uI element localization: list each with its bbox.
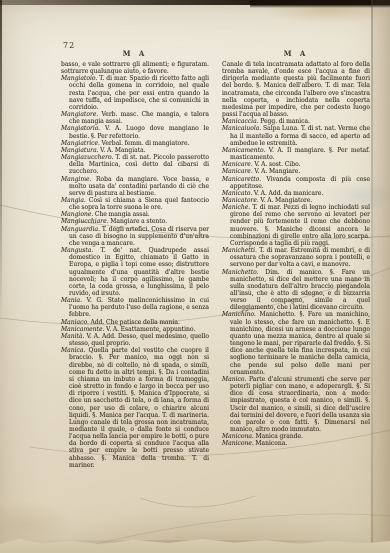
dictionary-entry: Mangione. Che mangia assai.	[61, 211, 209, 218]
dictionary-entry: Manicaretto. Vivanda composta di più cos…	[222, 176, 370, 190]
entry-headword: Maniche.	[222, 204, 252, 211]
dictionary-entry: Maniaco. Add. Che patisce della mania.	[61, 319, 209, 326]
dictionary-entries-right: Canale di tela incatramata adattato al f…	[222, 61, 370, 447]
dictionary-entry: Manicamente. V. A. Esattamente, appuntin…	[61, 326, 209, 333]
dictionary-entry: Manica. Quella parte del vestito che cuo…	[61, 347, 209, 469]
dictionary-entry: Mangiatoio. T. di mar. Spazio di ricetto…	[61, 75, 209, 111]
entry-headword: Manicare.	[222, 161, 254, 168]
dictionary-entry: Manicona. Manica grande.	[222, 433, 370, 440]
text-columns: M A basso, e vale sottrarre gli alimenti…	[61, 49, 370, 469]
running-head-right: M A	[222, 49, 370, 58]
dictionary-entry: Mangia. Così si chiama a Siena quel fant…	[61, 197, 209, 211]
entry-headword: Manguardia.	[61, 226, 102, 233]
entry-headword: Manica.	[61, 347, 89, 354]
entry-headword: Manicaccia.	[222, 118, 260, 125]
entry-headword: Manicaiuola.	[222, 125, 263, 132]
dictionary-entry: Manicamento. V. A. Il mangiare. §. Per m…	[222, 147, 370, 161]
dictionary-entry: Manicato. V. A. Add. da manicare.	[222, 190, 370, 197]
dictionary-entry: Manicone. Manicona.	[222, 440, 370, 447]
paper-sheet: 72 M A basso, e vale sottrarre gli alime…	[0, 0, 390, 553]
entry-headword: Manità.	[61, 333, 86, 340]
dictionary-entry: Mangusta. T. de' nat. Quadrupede assai d…	[61, 247, 209, 297]
entry-headword: Mangusta.	[61, 247, 101, 254]
dictionary-entry: Manichetti. T. di mar. Estremità di memb…	[222, 247, 370, 268]
dictionary-entry: Manichino. Manichetto. §. Fare un manich…	[222, 311, 370, 375]
dictionary-entry: Mangiatore. Verb. masc. Che mangia, e ta…	[61, 111, 209, 125]
entry-headword: Manichetto.	[222, 269, 265, 276]
dictionary-entries-left: basso, e vale sottrarre gli alimenti; e …	[61, 61, 209, 469]
dictionary-entry: Mangime. Roba da mangiare. Voce bassa, e…	[61, 176, 209, 197]
dictionary-entry: Mangiatura. V. A. Mangiata.	[61, 147, 209, 154]
dictionary-entry: Manicare. V. A. Mangiare.	[222, 168, 370, 175]
entry-headword: Mania.	[61, 297, 87, 304]
dictionary-entry: Manicare. V. A. sost. Cibo.	[222, 161, 370, 168]
dictionary-entry: Mangiazucchero. T. di st. nat. Piccolo p…	[61, 154, 209, 175]
entry-headword: Manicona.	[222, 433, 255, 440]
dictionary-entry: Manguardia. T. degli artefici. Cosa di r…	[61, 226, 209, 247]
entry-headword: Manichino.	[222, 311, 259, 318]
entry-headword: Manicare.	[222, 168, 254, 175]
dictionary-entry: Manicaiuola. Salpa Luna. T. di st. nat. …	[222, 125, 370, 146]
entry-headword: Maniaco.	[61, 319, 90, 326]
dictionary-entry: Mangiatoria. V. A. Luogo dove mangiano l…	[61, 125, 209, 139]
dictionary-entry: Manità. V. A. Add. Desso, quel medesimo,…	[61, 333, 209, 347]
entry-headword: Mangiazucchero.	[61, 154, 115, 161]
dictionary-entry: Mangiatrice. Verbal. femm. di mangiatore…	[61, 140, 209, 147]
entry-headword: Manicatore.	[222, 197, 260, 204]
page-top-right-edge	[250, 0, 390, 8]
dictionary-entry: Manichetto. Dim. di manico. §. Fare un m…	[222, 269, 370, 312]
entry-headword: Manicamente.	[61, 326, 106, 333]
entry-headword: Manicato.	[222, 190, 254, 197]
dictionary-entry: Mangiucchiare. Mangiare a stento.	[61, 218, 209, 225]
dictionary-entry: Mania. V. G. Stato malinconichissimo in …	[61, 297, 209, 318]
entry-headword: Mangiatrice.	[61, 140, 102, 147]
entry-headword: Manicone.	[222, 440, 255, 447]
entry-headword: Manico.	[222, 376, 249, 383]
entry-headword: Mangime.	[61, 176, 96, 183]
page-bottom-deckle-edge	[0, 533, 390, 553]
entry-headword: Manicaretto.	[222, 176, 266, 183]
dictionary-entry: Manico. Parte d'alcuni strumenti che ser…	[222, 376, 370, 433]
entry-headword: Mangiatura.	[61, 147, 100, 154]
entry-headword: Mangiatore.	[61, 111, 101, 118]
entry-headword: Mangia.	[61, 197, 89, 204]
dictionary-entry: Manicaccia. Pegg. di manica.	[222, 118, 370, 125]
entry-headword: Mangione.	[61, 211, 95, 218]
running-head-left: M A	[61, 49, 209, 58]
dictionary-entry: basso, e vale sottrarre gli alimenti; e …	[61, 61, 209, 75]
entry-headword: Mangiatoria.	[61, 125, 105, 132]
scanned-book-page: 72 M A basso, e vale sottrarre gli alime…	[0, 0, 390, 553]
page-left-edge	[0, 0, 2, 320]
dictionary-entry: Manicatore. V. A. Mangiatore.	[222, 197, 370, 204]
entry-headword: Manichetti.	[222, 247, 259, 254]
page-right-margin-shade	[373, 0, 390, 553]
dictionary-entry: Maniche. T. di mar. Pezzi di legno inchi…	[222, 204, 370, 247]
column-left: M A basso, e vale sottrarre gli alimenti…	[61, 49, 209, 469]
entry-headword: Mangiatoio.	[61, 75, 99, 82]
entry-headword: Mangiucchiare.	[61, 218, 110, 225]
entry-headword: Manicamento.	[222, 147, 269, 154]
column-right: M A Canale di tela incatramata adattato …	[222, 49, 370, 469]
dictionary-entry: Canale di tela incatramata adattato al f…	[222, 61, 370, 118]
